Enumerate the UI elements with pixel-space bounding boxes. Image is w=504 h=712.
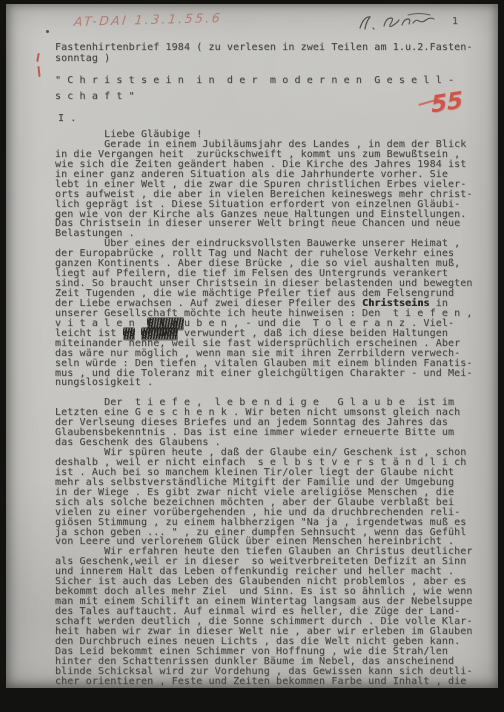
document-header-line2: sonntag ) bbox=[55, 53, 110, 64]
signature-scribble bbox=[350, 10, 446, 38]
typewritten-line: nungslosigkeit . bbox=[55, 378, 485, 388]
page-number: 1 bbox=[452, 16, 458, 27]
typewritten-line: lich geprägt ist . Diese Situation erfor… bbox=[55, 200, 485, 210]
scan-background: AT-DAI 1.3.1.55.6 1 Fastenhirtenbrief 19… bbox=[0, 0, 504, 712]
section-numeral: I . bbox=[58, 113, 76, 124]
document-title-line1: " C h r i s t s e i n i n d e r m o d e … bbox=[55, 75, 454, 86]
red-number-handwriting: 55 bbox=[431, 87, 464, 118]
typewritten-line: seln würde : Den tiefen , vitalen Glaube… bbox=[55, 359, 485, 369]
document-header-line1: Fastenhirtenbrief 1984 ( zu verlesen in … bbox=[55, 42, 473, 53]
red-margin-mark bbox=[36, 53, 40, 62]
archive-code-handwriting: AT-DAI 1.3.1.55.6 bbox=[73, 10, 223, 29]
letter-body: Liebe Gläubige ! Gerade in einem Jubiläu… bbox=[55, 130, 485, 687]
document-title-line2: s c h a f t " bbox=[55, 91, 135, 102]
typewritten-line: giösen Stimmung , zu einem halbherzigen … bbox=[55, 518, 485, 528]
red-margin-mark bbox=[37, 66, 41, 77]
typewritten-line: cher orientieren , Feste und Zeiten beko… bbox=[55, 677, 485, 687]
letter-page: AT-DAI 1.3.1.55.6 1 Fastenhirtenbrief 19… bbox=[6, 4, 498, 688]
ink-speck bbox=[46, 30, 49, 33]
